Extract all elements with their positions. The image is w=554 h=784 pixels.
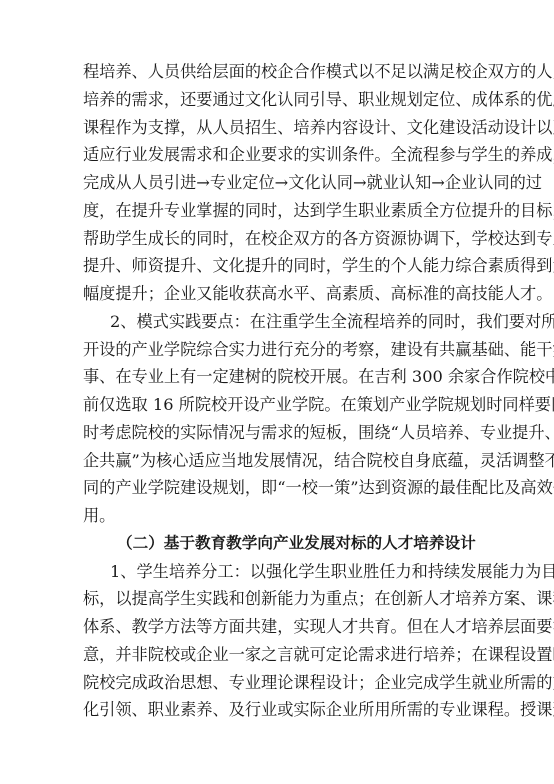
text-line: 培养的需求，还要通过文化认同引导、职业规划定位、成体系的优质 — [83, 86, 471, 114]
text-line: 提升、师资提升、文化提升的同时，学生的个人能力综合素质得到大 — [83, 252, 471, 280]
section-heading: （二）基于教育教学向产业发展对标的人才培养设计 — [83, 530, 471, 558]
document-page: 程培养、人员供给层面的校企合作模式以不足以满足校企双方的人员 培养的需求，还要通… — [0, 0, 554, 784]
text-line: 企共赢”为核心适应当地发展情况，结合院校自身底蕴，灵活调整不 — [83, 447, 471, 475]
text-line: 课程作为支撑，从人员招生、培养内容设计、文化建设活动设计以及 — [83, 114, 471, 142]
text-line: 事、在专业上有一定建树的院校开展。在吉利 300 余家合作院校中目 — [83, 363, 471, 391]
text-line: 幅度提升；企业又能收获高水平、高素质、高标准的高技能人才。 — [83, 280, 471, 308]
text-line: 体系、教学方法等方面共建，实现人才共育。但在人才培养层面要注 — [83, 613, 471, 641]
text-line: 用。 — [83, 502, 471, 530]
text-line: 意，并非院校或企业一家之言就可定论需求进行培养；在课程设置时， — [83, 641, 471, 669]
text-line: 同的产业学院建设规划，即“一校一策”达到资源的最佳配比及高效使 — [83, 474, 471, 502]
text-line: 前仅选取 16 所院校开设产业学院。在策划产业学院规划时同样要同 — [83, 391, 471, 419]
text-line: 时考虑院校的实际情况与需求的短板，围绕“人员培养、专业提升、校 — [83, 419, 471, 447]
text-line: 度，在提升专业掌握的同时，达到学生职业素质全方位提升的目标， — [83, 197, 471, 225]
text-line: 化引领、职业素养、及行业或实际企业所用所需的专业课程。授课形 — [83, 696, 471, 724]
text-line: 标，以提高学生实践和创新能力为重点；在创新人才培养方案、课程 — [83, 585, 471, 613]
text-line: 程培养、人员供给层面的校企合作模式以不足以满足校企双方的人员 — [83, 58, 471, 86]
text-line: 适应行业发展需求和企业要求的实训条件。全流程参与学生的养成， — [83, 141, 471, 169]
text-line: 帮助学生成长的同时，在校企双方的各方资源协调下，学校达到专业 — [83, 225, 471, 253]
document-body: 程培养、人员供给层面的校企合作模式以不足以满足校企双方的人员 培养的需求，还要通… — [83, 58, 471, 724]
paragraph-start-mode-practice: 2、模式实践要点：在注重学生全流程培养的同时，我们要对所 — [83, 308, 471, 336]
text-line: 开设的产业学院综合实力进行充分的考察，建设有共赢基础、能干实 — [83, 336, 471, 364]
text-line: 院校完成政治思想、专业理论课程设计；企业完成学生就业所需的文 — [83, 669, 471, 697]
text-line: 完成从人员引进→专业定位→文化认同→就业认知→企业认同的过 — [83, 169, 471, 197]
paragraph-start-student-training: 1、学生培养分工：以强化学生职业胜任力和持续发展能力为目 — [83, 558, 471, 586]
